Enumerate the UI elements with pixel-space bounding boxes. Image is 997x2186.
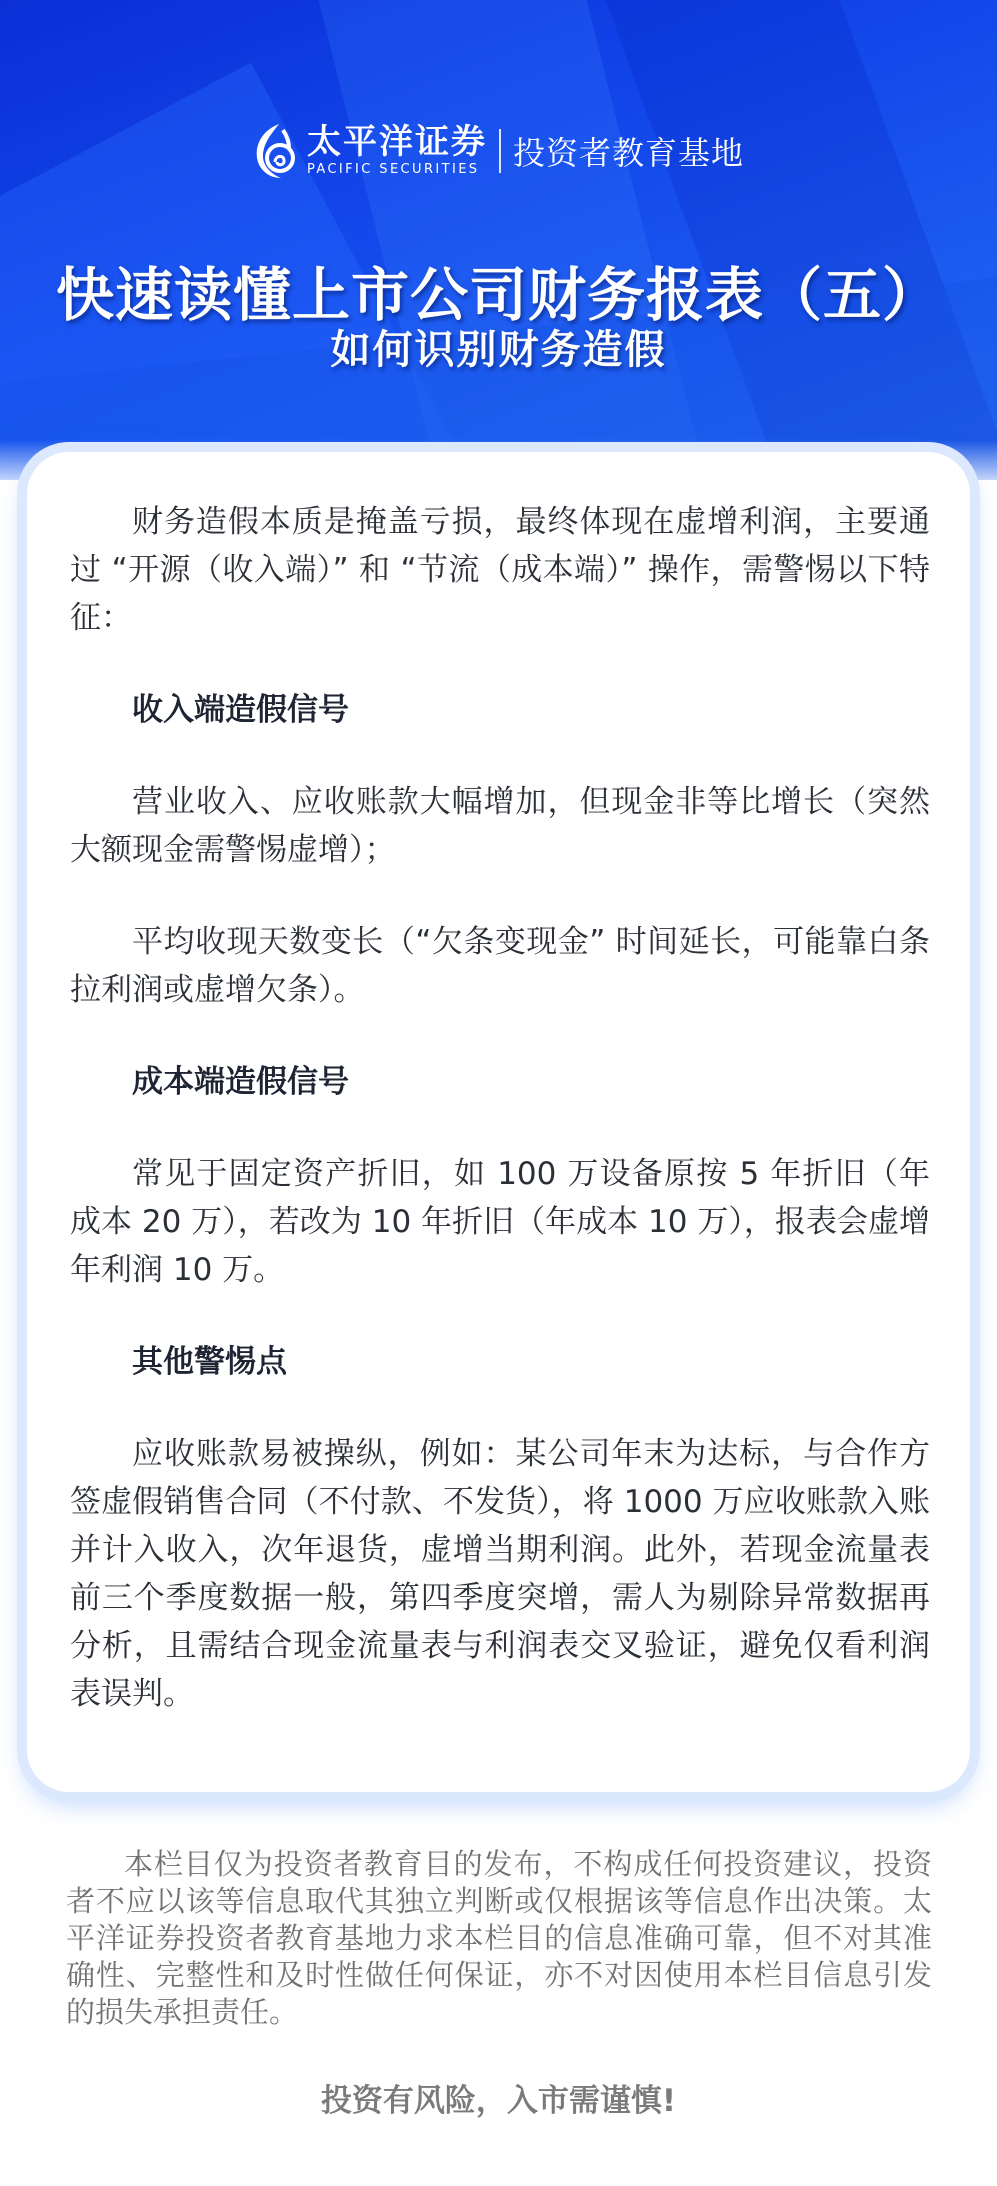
other-warning-paragraph: 应收账款易被操纵，例如：某公司年末为达标，与合作方签虚假销售合同（不付款、不发货…	[70, 1430, 930, 1718]
article-card: 财务造假本质是掩盖亏损，最终体现在虚增利润，主要通过 “开源（收入端）” 和 “…	[27, 452, 970, 1792]
section-heading-revenue: 收入端造假信号	[70, 686, 930, 734]
revenue-signal-2: 平均收现天数变长（“欠条变现金” 时间延长，可能靠白条拉利润或虚增欠条）。	[70, 918, 930, 1014]
brand-logo-row: 太平洋证券 PACIFIC SECURITIES 投资者教育基地	[0, 122, 997, 180]
intro-paragraph: 财务造假本质是掩盖亏损，最终体现在虚增利润，主要通过 “开源（收入端）” 和 “…	[70, 498, 930, 642]
logo-divider	[499, 129, 501, 173]
brand-name-cn: 太平洋证券	[307, 124, 487, 160]
pacific-securities-logo-icon	[253, 122, 299, 180]
cost-signal-1: 常见于固定资产折旧，如 100 万设备原按 5 年折旧（年成本 20 万），若改…	[70, 1150, 930, 1294]
education-base-name: 投资者教育基地	[513, 128, 744, 174]
brand-name: 太平洋证券 PACIFIC SECURITIES	[307, 124, 487, 178]
risk-warning: 投资有风险，入市需谨慎!	[0, 2075, 997, 2120]
revenue-signal-1: 营业收入、应收账款大幅增加，但现金非等比增长（突然大额现金需警惕虚增）；	[70, 778, 930, 874]
section-heading-cost: 成本端造假信号	[70, 1058, 930, 1106]
hero-banner	[0, 0, 997, 480]
section-heading-other: 其他警惕点	[70, 1338, 930, 1386]
brand-name-en: PACIFIC SECURITIES	[307, 162, 487, 178]
page-subtitle: 如何识别财务造假	[0, 318, 997, 375]
disclaimer-text: 本栏目仅为投资者教育目的发布，不构成任何投资建议，投资者不应以该等信息取代其独立…	[66, 1846, 932, 2031]
